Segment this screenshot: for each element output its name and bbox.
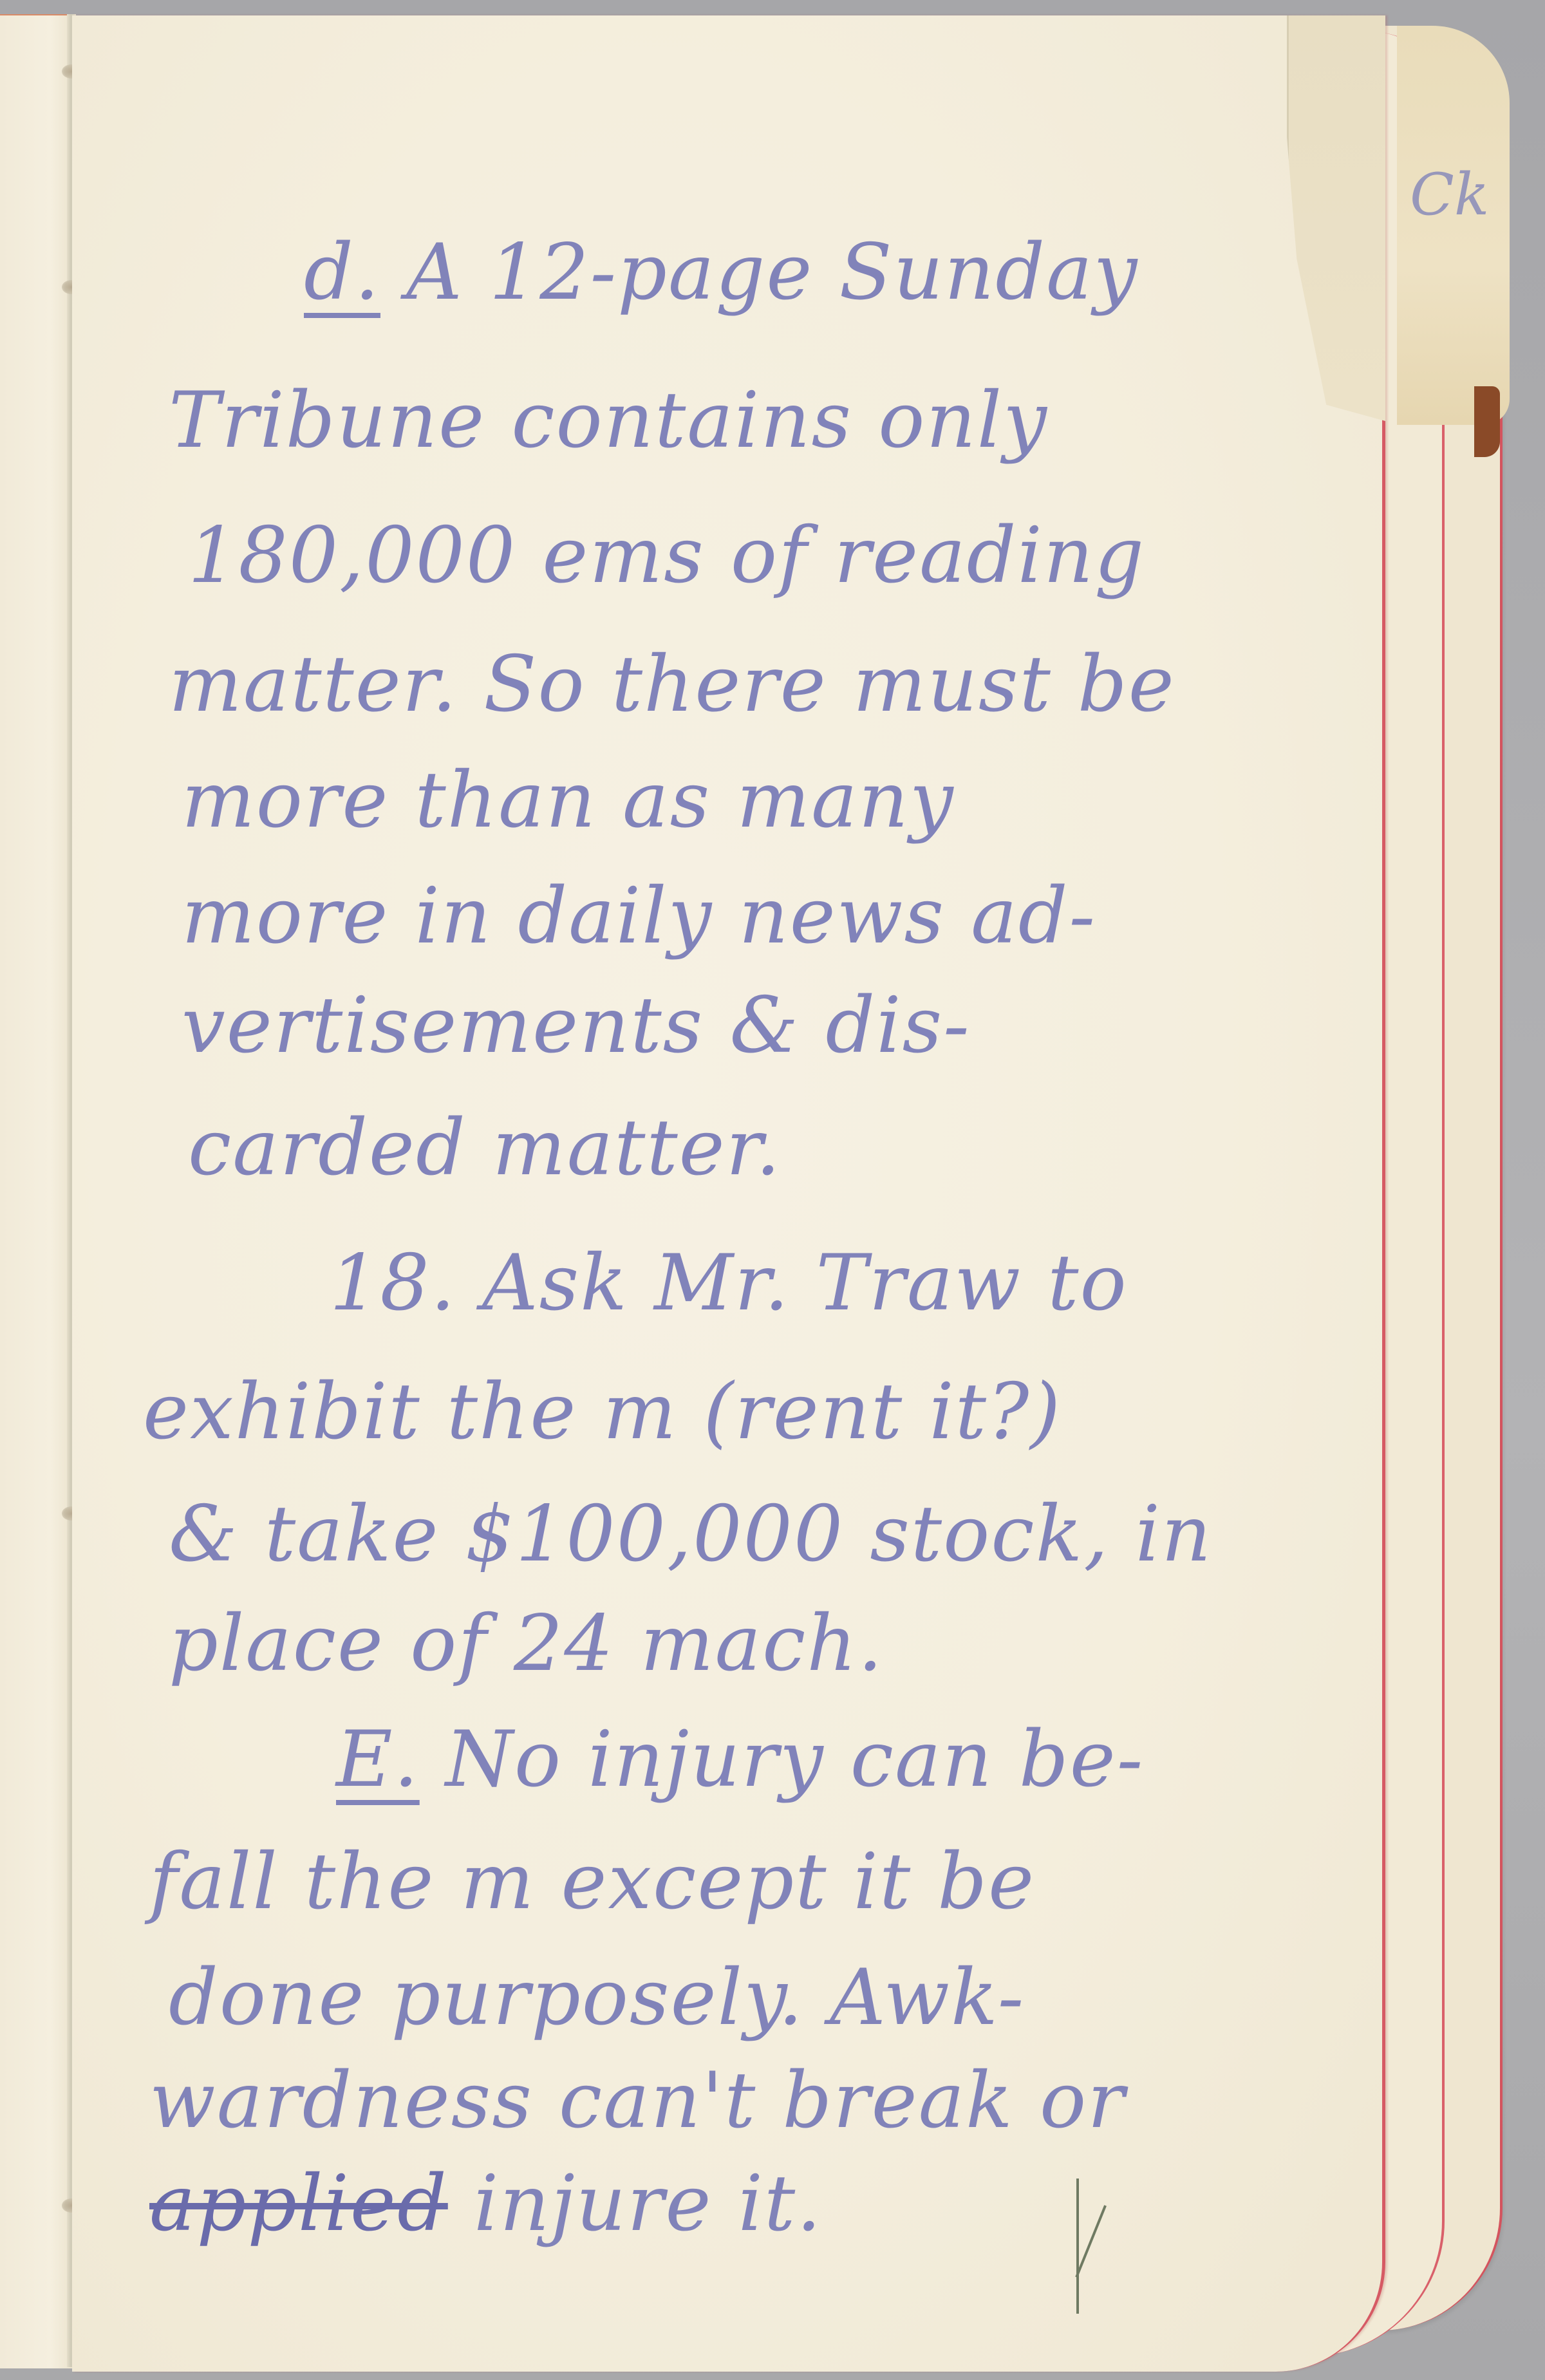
entry-d-line-3: 180,000 ems of reading <box>188 511 1145 601</box>
struck-through-word: applied <box>149 2159 448 2249</box>
notebook-page: d. A 12-page Sunday Tribune contains onl… <box>72 15 1385 2372</box>
entry-d-line-7: vertisements & dis- <box>182 981 971 1071</box>
entry-label: 18. <box>330 1239 456 1328</box>
entry-18-line-4: place of 24 mach. <box>169 1599 884 1689</box>
entry-d-line-4: matter. So there must be <box>169 640 1175 729</box>
entry-18-line-2: exhibit the m (rent it?) <box>143 1367 1062 1457</box>
facing-page-left <box>0 14 72 2368</box>
entry-18-line-3: & take $100,000 stock, in <box>169 1490 1212 1579</box>
entry-d-line-8: carded matter. <box>188 1103 782 1193</box>
entry-d-line-1: d. A 12-page Sunday <box>304 228 1138 317</box>
entry-e-line-4: wardness can't break or <box>149 2056 1126 2146</box>
leather-cover-corner <box>1474 386 1500 457</box>
check-mark-icon <box>1076 2179 1150 2314</box>
entry-18-line-1: 18. Ask Mr. Traw to <box>330 1239 1128 1328</box>
entry-e-line-5: applied injure it. <box>149 2159 822 2249</box>
entry-label: d. <box>304 228 380 317</box>
entry-d-line-5: more than as many <box>182 756 955 845</box>
entry-e-line-3: done purposely. Awk- <box>169 1953 1025 2043</box>
back-page-fragment-text: Ck <box>1410 161 1489 229</box>
entry-d-line-2: Tribune contains only <box>169 376 1048 465</box>
entry-e-line-2: fall the m except it be <box>149 1837 1035 1927</box>
entry-e-line-1: E. No injury can be- <box>336 1715 1144 1804</box>
handwritten-text: d. A 12-page Sunday Tribune contains onl… <box>72 15 1382 2372</box>
entry-d-line-6: more in daily news ad- <box>182 872 1096 961</box>
entry-label: E. <box>336 1715 420 1804</box>
scanned-notebook-scene: Ck d. A 12-page Sunday Tribune contains … <box>0 0 1545 2380</box>
